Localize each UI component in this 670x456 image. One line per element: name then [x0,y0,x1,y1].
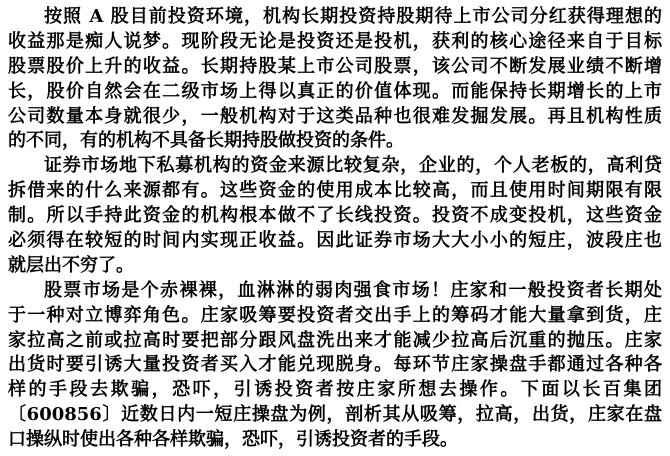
text-line: 股票市场是个赤裸裸，血淋淋的弱肉强食市场！庄家和一般投资者长期处 [8,279,662,304]
text-line: 必须得在较短的时间内实现正收益。因此证券市场大大小小的短庄，波段庄也 [8,229,662,254]
text-line: 股票股价上升的收益。长期持股某上市公司股票，该公司不断发展业绩不断增 [8,55,662,80]
text-line: 样的手段去欺骗，恐吓，引诱投资者按庄家所想去操作。下面以长百集团 [8,378,662,403]
paragraph-market-game: 股票市场是个赤裸裸，血淋淋的弱肉强食市场！庄家和一般投资者长期处 于一种对立博弈… [8,279,662,453]
text-line: 于一种对立博弈角色。庄家吸筹要投资者交出手上的筹码才能大量拿到货，庄 [8,304,662,329]
text-line: 长，股价自然会在二级市场上得以真正的价值体现。而能保持长期增长的上市 [8,80,662,105]
paragraph-private-funds: 证券市场地下私募机构的资金来源比较复杂，企业的，个人老板的，高利贷 拆借来的什么… [8,154,662,278]
text-line: 制。所以手持此资金的机构根本做不了长线投资。投资不成变投机，这些资金 [8,204,662,229]
text-line: 就层出不穷了。 [8,254,662,279]
text-line: 家拉高之前或拉高时要把部分跟风盘洗出来才能减少拉高后沉重的抛压。庄家 [8,329,662,354]
text-line: 按照 A 股目前投资环境，机构长期投资持股期待上市公司分红获得理想的 [8,5,662,30]
text-line: 公司数量本身就很少，一般机构对于这类品种也很难发掘发展。再且机构性质 [8,105,662,130]
text-line: 拆借来的什么来源都有。这些资金的使用成本比较高，而且使用时间期限有限 [8,179,662,204]
text-line: 证券市场地下私募机构的资金来源比较复杂，企业的，个人老板的，高利贷 [8,154,662,179]
document-page: 按照 A 股目前投资环境，机构长期投资持股期待上市公司分红获得理想的 收益那是痴… [0,0,670,456]
text-line: 的不同，有的机构不具备长期持股做投资的条件。 [8,129,662,154]
text-line: 收益那是痴人说梦。现阶段无论是投资还是投机，获利的核心途径来自于目标 [8,30,662,55]
text-line: 出货时要引诱大量投资者买入才能兑现脱身。每环节庄家操盘手都通过各种各 [8,353,662,378]
text-line: 〔600856〕近数日内一短庄操盘为例，剖析其从吸筹，拉高，出货，庄家在盘 [8,403,662,428]
text-line: 口操纵时使出各种各样欺骗，恐吓，引诱投资者的手段。 [8,428,662,453]
paragraph-investment-environment: 按照 A 股目前投资环境，机构长期投资持股期待上市公司分红获得理想的 收益那是痴… [8,5,662,154]
